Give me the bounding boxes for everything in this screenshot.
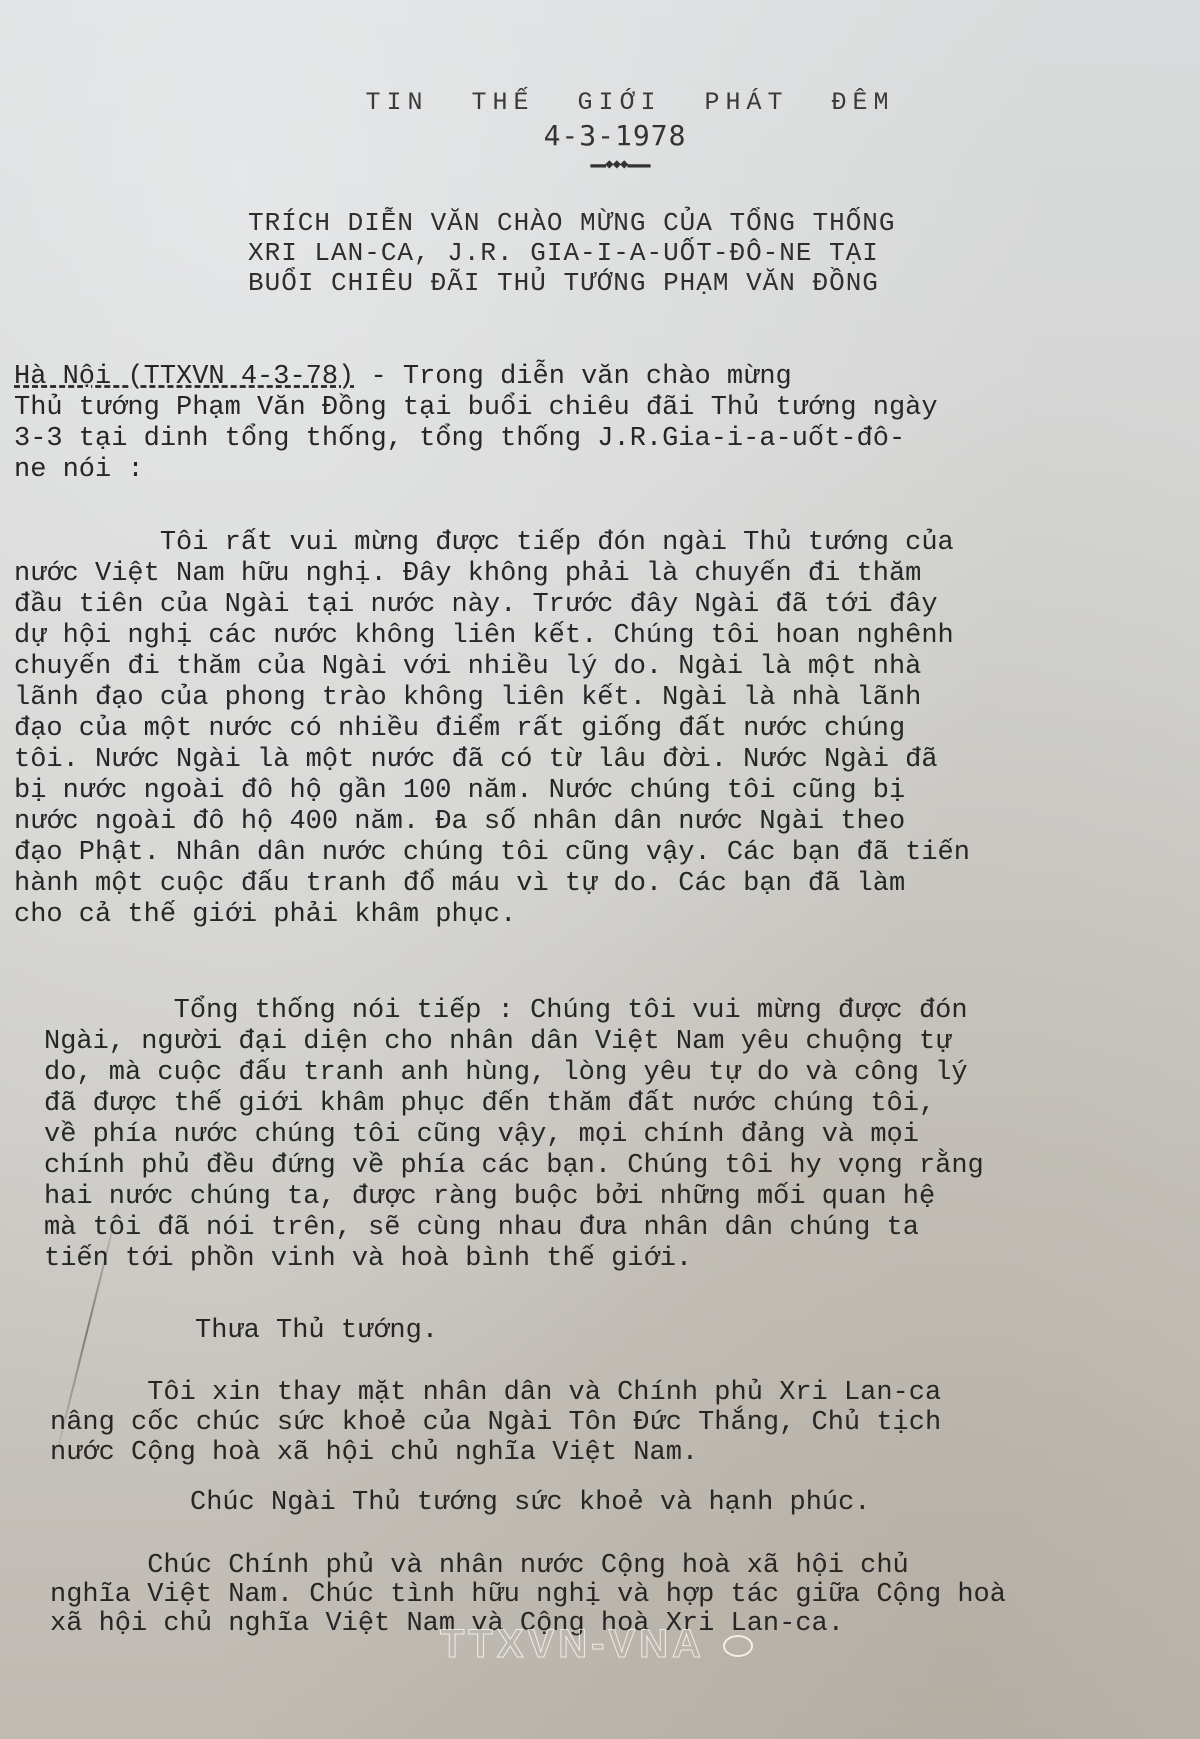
globe-logo-icon (723, 1635, 753, 1657)
speech-paragraph-1: Tôi rất vui mừng được tiếp đón ngài Thủ … (14, 528, 1174, 931)
bulletin-date: 4-3-1978 (30, 119, 1200, 152)
bulletin-title: TIN THẾ GIỚI PHÁT ĐÊM (60, 88, 1200, 117)
watermark-text: TTXVN-VNA (440, 1622, 703, 1666)
agency-watermark: TTXVN-VNA (440, 1622, 757, 1667)
lead-paragraph: Hà Nội (TTXVN 4-3-78) - Trong diễn văn c… (14, 362, 1174, 486)
toast-paragraph: Tôi xin thay mặt nhân dân và Chính phủ X… (50, 1378, 1200, 1468)
document-header: TIN THẾ GIỚI PHÁT ĐÊM 4-3-1978 ▬▬◆◆◆▬▬▬ (0, 88, 1200, 173)
typewritten-document-page: TIN THẾ GIỚI PHÁT ĐÊM 4-3-1978 ▬▬◆◆◆▬▬▬ … (0, 0, 1200, 1739)
dateline: Hà Nội (TTXVN 4-3-78) (14, 362, 354, 392)
salutation: Thưa Thủ tướng. (195, 1316, 1200, 1347)
wish-paragraph: Chúc Ngài Thủ tướng sức khoẻ và hạnh phú… (190, 1488, 1200, 1519)
article-headline: TRÍCH DIỄN VĂN CHÀO MỪNG CỦA TỔNG THỐNG … (248, 208, 1028, 298)
speech-paragraph-2: Tổng thống nói tiếp : Chúng tôi vui mừng… (44, 996, 1200, 1275)
ornament-divider: ▬▬◆◆◆▬▬▬ (40, 156, 1200, 173)
